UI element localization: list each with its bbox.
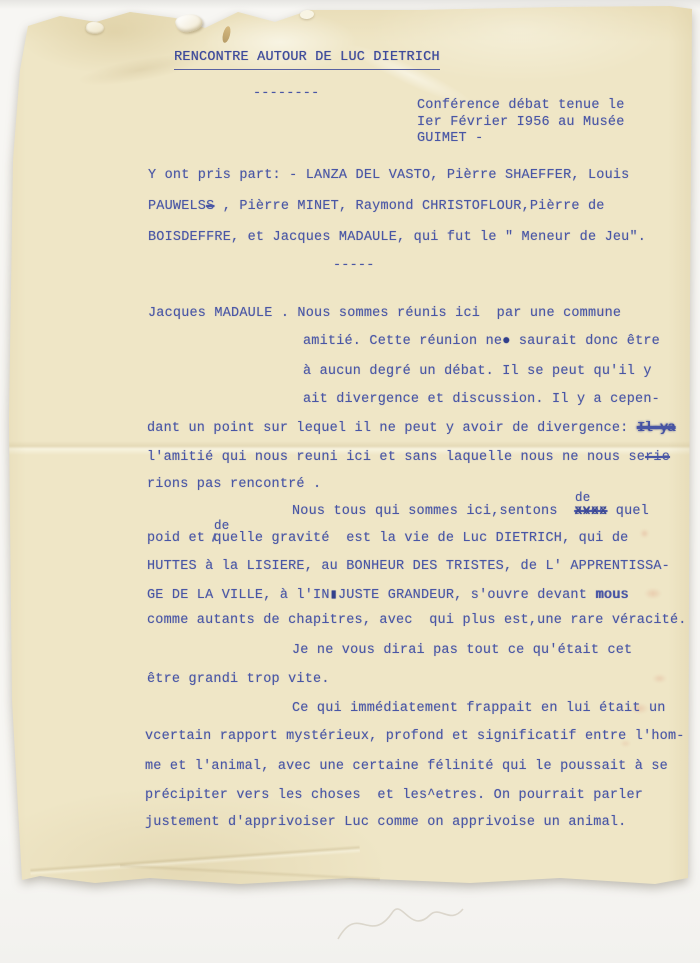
typed-text: quel <box>607 504 649 519</box>
typed-line: vcertain rapport mystérieux, profond et … <box>145 729 685 745</box>
typed-line: l'amitié qui nous reuni ici et sans laqu… <box>147 450 670 466</box>
typed-line: Jacques MADAULE . Nous sommes réunis ici… <box>148 306 621 322</box>
typed-text: l'amitié qui nous reuni ici et sans laqu… <box>147 450 645 465</box>
typed-text: dant un point sur lequel il ne peut y av… <box>147 421 637 436</box>
typed-text: GE DE LA VILLE, à l'IN <box>147 588 330 603</box>
typed-line: me et l'animal, avec une certaine félini… <box>145 759 668 775</box>
typed-line: précipiter vers les choses et les^etres.… <box>145 788 643 804</box>
participants-line: BOISDEFFRE, et Jacques MADAULE, qui fut … <box>148 230 646 246</box>
participant-name: PAUWELS <box>148 199 206 214</box>
ink-blot: ● <box>502 334 510 349</box>
ink-blot: ▮ <box>330 588 338 603</box>
page-title: RENCONTRE AUTOUR DE LUC DIETRICH <box>174 50 440 70</box>
typed-line: Nous tous qui sommes ici,sentons avec qu… <box>292 504 649 520</box>
section-separator-dashes: ----- <box>333 258 375 274</box>
typed-line: à aucun degré un débat. Il se peut qu'il… <box>303 364 652 380</box>
typed-line: HUTTES à la LISIERE, au BONHEUR DES TRIS… <box>147 559 670 575</box>
title-separator-dashes: -------- <box>253 86 319 102</box>
pencil-scribble <box>330 893 470 953</box>
typed-text: Nous tous qui sommes ici,sentons <box>292 504 574 519</box>
strikethrough-text: rie <box>645 450 670 465</box>
typed-text: amitié. Cette réunion ne <box>303 334 502 349</box>
typed-line: GE DE LA VILLE, à l'IN▮JUSTE GRANDEUR, s… <box>147 588 629 604</box>
typed-line: comme autants de chapitres, avec qui plu… <box>147 613 687 629</box>
typed-line: amitié. Cette réunion ne● saurait donc ê… <box>303 334 660 350</box>
participants-text: , Pièrre MINET, Raymond CHRISTOFLOUR,Piè… <box>214 199 604 214</box>
typed-line: ait divergence et discussion. Il y a cep… <box>303 392 660 408</box>
strikethrough-text: Il-ya <box>637 421 675 436</box>
typed-line: dant un point sur lequel il ne peut y av… <box>147 421 675 437</box>
typed-text: JUSTE GRANDEUR, s'ouvre devant <box>338 588 595 603</box>
typed-text: poid et <box>147 531 213 546</box>
red-ink-smudge <box>652 674 667 683</box>
red-ink-smudge <box>644 588 662 599</box>
typed-line: rions pas rencontré . <box>147 477 321 493</box>
overstruck-word: mous <box>595 588 628 603</box>
participants-line: PAUWELSS , Pièrre MINET, Raymond CHRISTO… <box>148 199 605 215</box>
strikethrough-text: avec <box>574 504 607 520</box>
conference-note-line: Conférence débat tenue le <box>417 98 625 114</box>
typed-line: Ce qui immédiatement frappait en lui éta… <box>292 701 666 717</box>
typed-line: Je ne vous dirai pas tout ce qu'était ce… <box>292 643 632 659</box>
typed-text: saurait donc être <box>511 334 660 349</box>
typed-text: quelle gravité est la vie de Luc DIETRIC… <box>213 531 628 546</box>
typed-line: poid et quelle gravité est la vie de Luc… <box>147 531 629 547</box>
conference-note-line: Ier Février I956 au Musée <box>417 115 625 131</box>
conference-note-line: GUIMET - <box>417 131 483 147</box>
typed-line: être grandi trop vite. <box>147 672 330 688</box>
red-ink-smudge <box>640 529 649 538</box>
typed-line: justement d'apprivoiser Luc comme on app… <box>145 815 626 831</box>
participants-line: Y ont pris part: - LANZA DEL VASTO, Pièr… <box>148 168 629 184</box>
scanned-document-page: RENCONTRE AUTOUR DE LUC DIETRICH -------… <box>0 0 700 963</box>
